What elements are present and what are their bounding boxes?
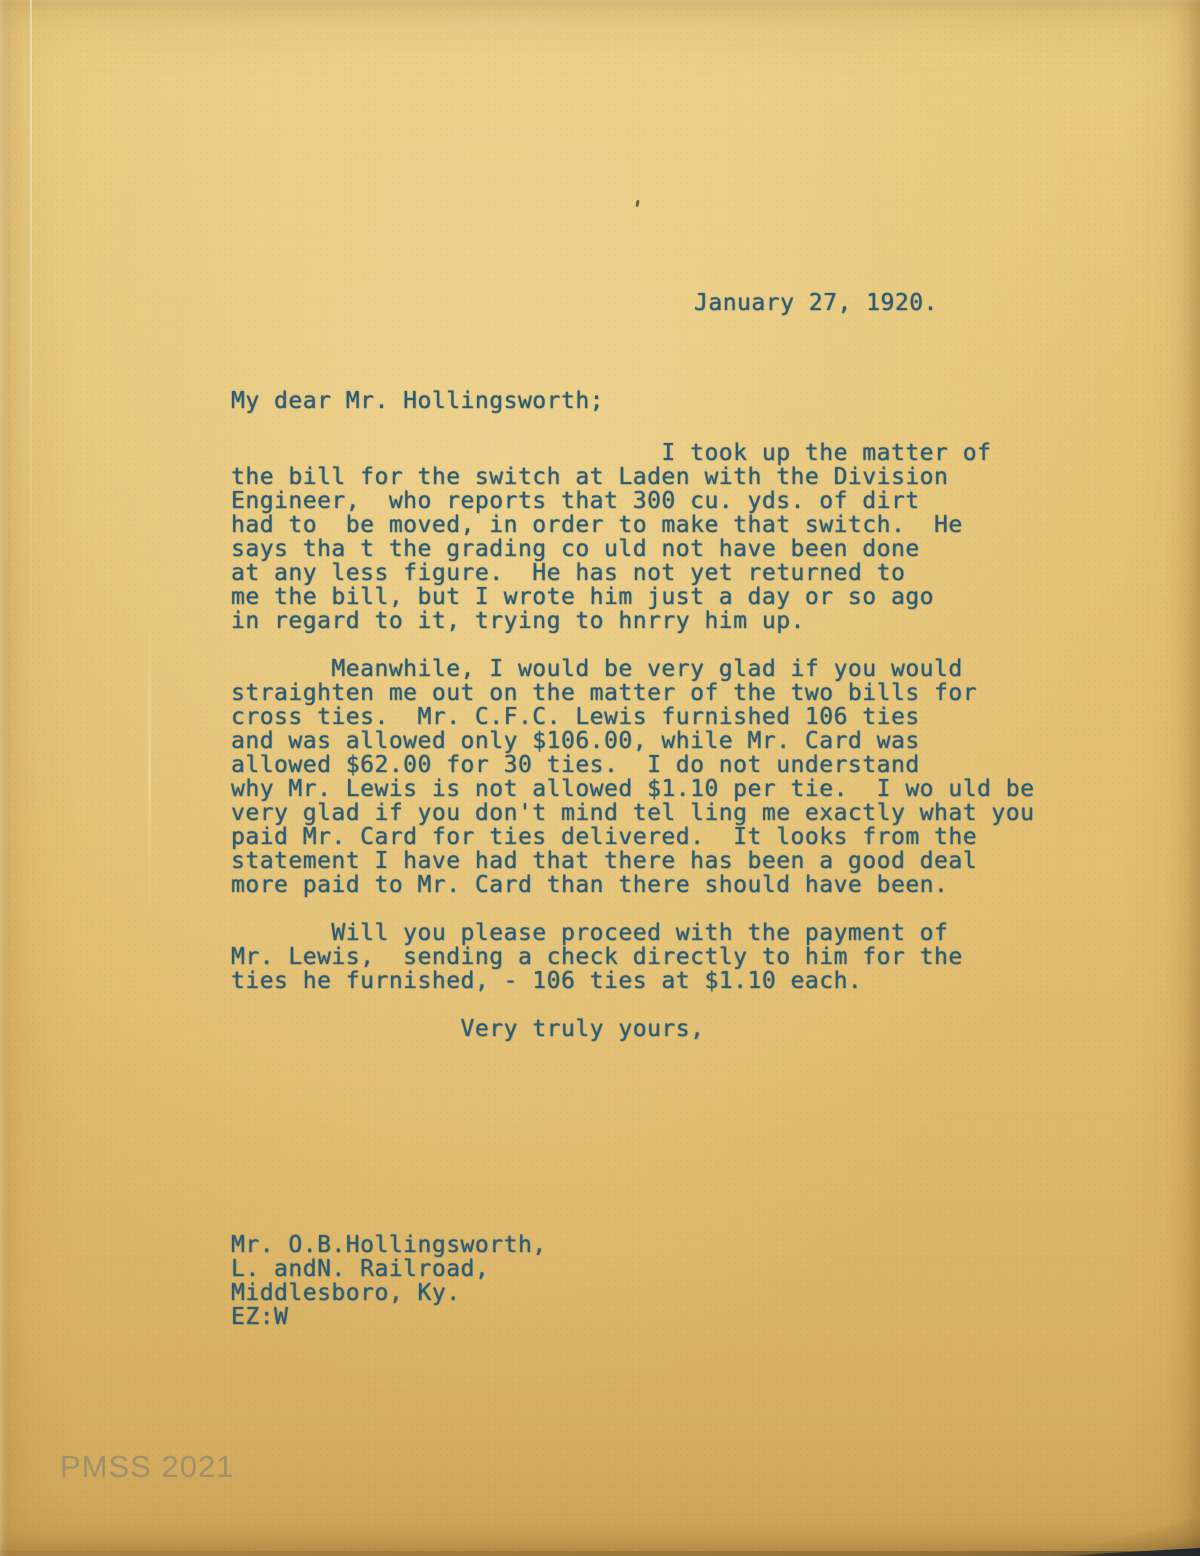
paper-crease (148, 620, 151, 920)
paper-crease (30, 0, 32, 620)
recipient-address-block: Mr. O.B.Hollingsworth, L. andN. Railroad… (231, 1233, 547, 1329)
letter-salutation: My dear Mr. Hollingsworth; (231, 389, 604, 413)
ink-speck (635, 200, 639, 207)
letter-page: January 27, 1920. My dear Mr. Hollingswo… (0, 0, 1200, 1556)
letter-body: I took up the matter of the bill for the… (231, 441, 1034, 1041)
letter-date: January 27, 1920. (694, 291, 938, 315)
archive-watermark: PMSS 2021 (60, 1449, 234, 1485)
corner-fold (1050, 1496, 1200, 1556)
page-bottom-shadow (0, 1551, 1200, 1556)
